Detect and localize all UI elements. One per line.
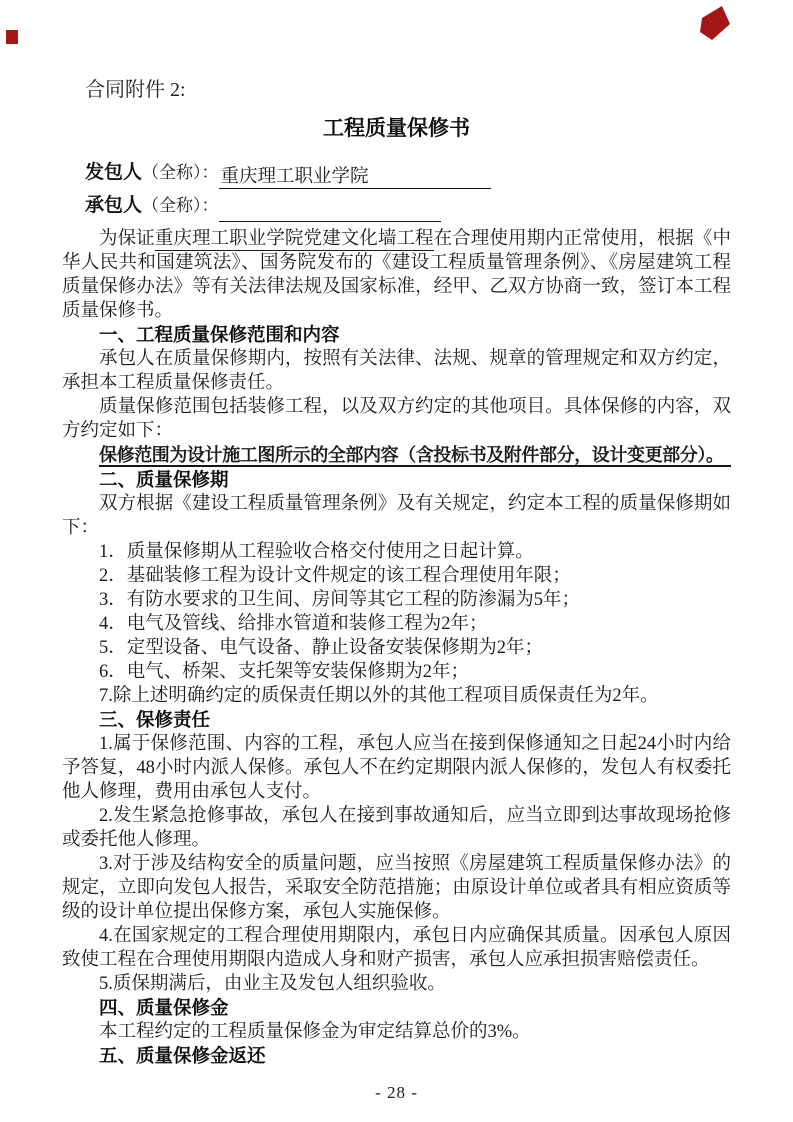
- section4-paragraph: 本工程约定的工程质量保修金为审定结算总价的3%。: [62, 1020, 731, 1044]
- section5-heading: 五、质量保修金返还: [62, 1044, 731, 1068]
- warranty-period-item-5: 5．定型设备、电气设备、静止设备安装保修期为2年；: [62, 636, 731, 660]
- warranty-scope-text: 保修范围为设计施工图所示的全部内容（含投标书及附件部分，设计变更部分）。: [99, 445, 731, 467]
- warranty-duty-item-1: 1.属于保修范围、内容的工程，承包人应当在接到保修通知之日起24小时内给予答复，…: [62, 732, 731, 804]
- red-stamp-mark-top-left: [6, 30, 18, 44]
- section1-paragraph-1: 承包人在质量保修期内，按照有关法律、法规、规章的管理规定和双方约定，承担本工程质…: [62, 347, 731, 395]
- preamble-paragraph: 为保证重庆理工职业学院党建文化墙工程在合理使用期内正常使用，根据《中华人民共和国…: [62, 227, 731, 323]
- project-name-underlined: 重庆理工职业学院党建文化墙工程: [155, 229, 434, 251]
- red-stamp-mark-top-right: [700, 6, 730, 40]
- section4-heading: 四、质量保修金: [62, 996, 731, 1020]
- warranty-period-item-3: 3．有防水要求的卫生间、房间等其它工程的防渗漏为5年；: [62, 588, 731, 612]
- warranty-period-item-1: 1．质量保修期从工程验收合格交付使用之日起计算。: [62, 540, 731, 564]
- warranty-duty-item-2: 2.发生紧急抢修事故，承包人在接到事故通知后，应当立即到达事故现场抢修或委托他人…: [62, 804, 731, 852]
- contractor-paren-label: （全称）：: [142, 196, 219, 215]
- attachment-label: 合同附件 2:: [85, 76, 731, 104]
- employer-line: 发包人（全称）：重庆理工职业学院: [85, 156, 731, 189]
- contractor-line: 承包人（全称）：: [85, 189, 731, 222]
- document-page: 合同附件 2: 工程质量保修书 发包人（全称）：重庆理工职业学院 承包人（全称）…: [0, 0, 793, 1122]
- warranty-duty-item-4: 4.在国家规定的工程合理使用期限内，承包日内应确保其质量。因承包人原因致使工程在…: [62, 924, 731, 972]
- section2-intro: 双方根据《建设工程质量管理条例》及有关规定，约定本工程的质量保修期如下：: [62, 492, 731, 540]
- section1-paragraph-2: 质量保修范围包括装修工程，以及双方约定的其他项目。具体保修的内容，双方约定如下：: [62, 395, 731, 443]
- section3-heading: 三、保修责任: [62, 708, 731, 732]
- warranty-duty-item-5: 5.质保期满后，由业主及发包人组织验收。: [62, 972, 731, 996]
- warranty-scope-line: 保修范围为设计施工图所示的全部内容（含投标书及附件部分，设计变更部分）。: [62, 443, 731, 468]
- warranty-period-item-4: 4．电气及管线、给排水管道和装修工程为2年；: [62, 612, 731, 636]
- section2-heading: 二、质量保修期: [62, 468, 731, 492]
- employer-label: 发包人: [85, 162, 142, 183]
- warranty-period-item-6: 6．电气、桥架、支托架等安装保修期为2年；: [62, 660, 731, 684]
- warranty-period-item-2: 2．基础装修工程为设计文件规定的该工程合理使用年限；: [62, 564, 731, 588]
- warranty-duty-item-3: 3.对于涉及结构安全的质量问题，应当按照《房屋建筑工程质量保修办法》的规定，立即…: [62, 852, 731, 924]
- employer-name-field: 重庆理工职业学院: [219, 165, 491, 189]
- page-title: 工程质量保修书: [62, 112, 731, 146]
- contractor-name-field: [219, 198, 441, 222]
- preamble-lead: 为保证: [99, 229, 155, 249]
- employer-paren-label: （全称）：: [142, 163, 219, 182]
- section1-heading: 一、工程质量保修范围和内容: [62, 323, 731, 347]
- warranty-period-item-7: 7.除上述明确约定的质保责任期以外的其他工程项目质保责任为2年。: [62, 684, 731, 708]
- page-number: - 28 -: [62, 1081, 731, 1105]
- contractor-label: 承包人: [85, 195, 142, 216]
